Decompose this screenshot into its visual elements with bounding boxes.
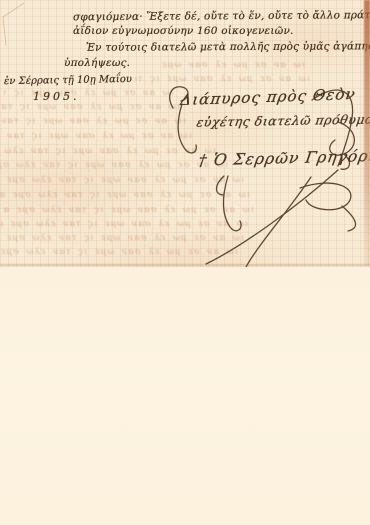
letter-body-line-1: σφαγιόμενα· Ἕξετε δέ, οὔτε τὸ ἕν, οὔτε τ… (73, 9, 370, 24)
signature-line-2: εὐχέτης διατελῶ πρόθυμος (196, 111, 370, 129)
letter-body-line-4: ὑπολήψεως. (64, 57, 130, 69)
scanned-document: ιω αν σε μω ελ σαν ωμε ις ταν ελω σμε αν… (0, 0, 370, 525)
page-edge-shadow (364, 0, 370, 266)
manuscript-page: ιω αν σε μω ελ σαν ωμε ις ταν ελω σμε αν… (0, 0, 370, 267)
letter-dateline: ἐν Σέρραις τῇ 10ῃ Μαΐου (4, 74, 132, 87)
letter-body-line-3: Ἐν τούτοις διατελῶ μετὰ πολλῆς πρὸς ὑμᾶς… (86, 40, 370, 54)
blank-paper-area (0, 267, 370, 525)
letter-body-line-2: ἀΐδιον εὐγνωμοσύνην 160 οἰκογενειῶν. (73, 25, 294, 37)
letter-year: 1905. (33, 90, 80, 103)
